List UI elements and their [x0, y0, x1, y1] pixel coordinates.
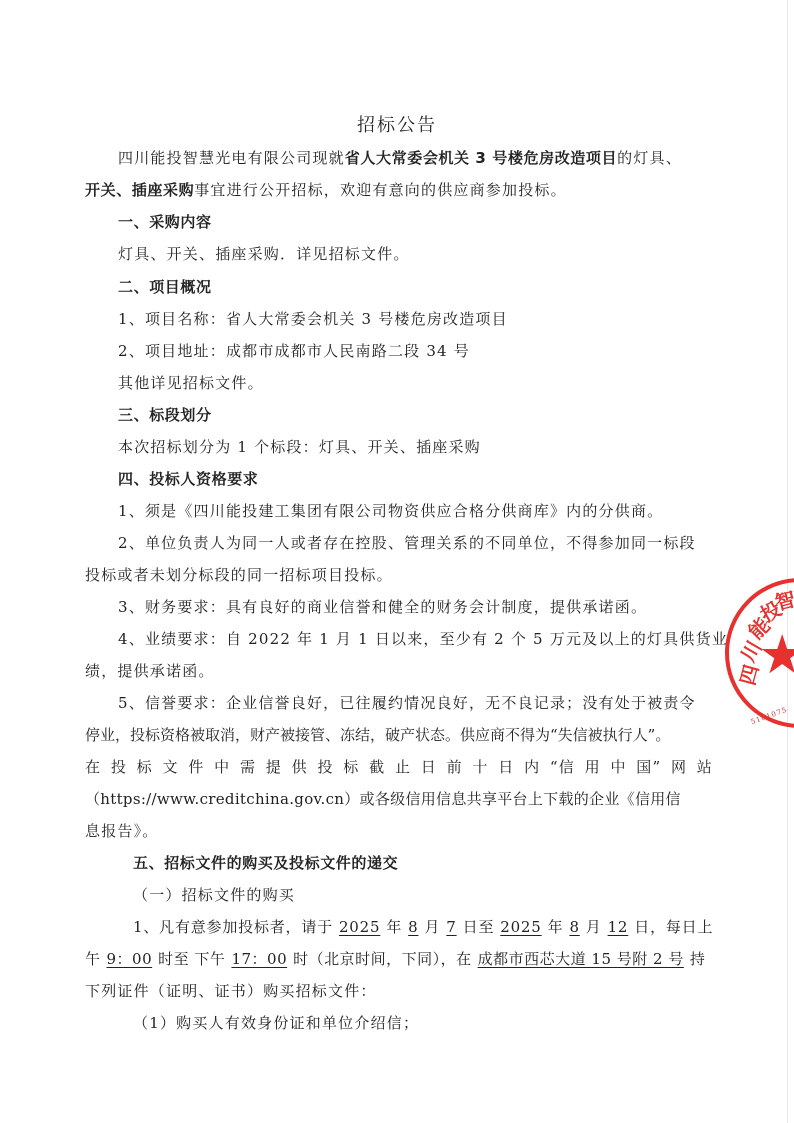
project-name-bold: 省人大常委会机关 3 号楼危房改造项目 — [345, 149, 617, 167]
intro-line-1: 四川能投智慧光电有限公司现就省人大常委会机关 3 号楼危房改造项目的灯具、 — [118, 148, 682, 168]
start-time: 9：00 — [101, 950, 159, 968]
qualification-4-line-2: 绩，提供承诺函。 — [85, 661, 215, 681]
qualification-5-line-3: 在投标文件中需提供投标截止日前十日内“信用中国”网站 — [85, 757, 713, 777]
section-heading-4: 四、投标人资格要求 — [118, 469, 258, 489]
subsection-purchase: （一）招标文件的购买 — [133, 885, 295, 905]
qualification-3: 3、财务要求：具有良好的商业信誉和健全的财务会计制度，提供承诺函。 — [118, 597, 647, 617]
qualification-1: 1、须是《四川能投建工集团有限公司物资供应合格分供商库》内的分供商。 — [118, 501, 663, 521]
document-page: 招标公告 四川能投智慧光电有限公司现就省人大常委会机关 3 号楼危房改造项目的灯… — [0, 0, 794, 1123]
section-heading-5: 五、招标文件的购买及投标文件的递交 — [133, 853, 398, 873]
project-address: 2、项目地址：成都市成都市人民南路二段 34 号 — [118, 341, 470, 361]
qualification-2-line-1: 2、单位负责人为同一人或者存在控股、管理关系的不同单位，不得参加同一标段 — [118, 533, 696, 553]
purchase-location: 成都市西芯大道 15 号附 2 号 — [472, 950, 690, 968]
purchase-requirement-1: （1）购买人有效身份证和单位介绍信； — [133, 1013, 419, 1033]
end-time: 17：00 — [225, 950, 293, 968]
qualification-5-line-2: 停业，投标资格被取消，财产被接管、冻结，破产状态。供应商不得为“失信被执行人”。 — [85, 725, 670, 745]
page-edge-divider — [787, 0, 788, 1123]
qualification-5-line-5: 息报告》。 — [85, 821, 159, 841]
start-day: 7 — [440, 918, 462, 936]
qualification-4-line-1: 4、业绩要求：自 2022 年 1 月 1 日以来，至少有 2 个 5 万元及以… — [118, 629, 728, 649]
qualification-2-line-2: 投标或者未划分标段的同一招标项目投标。 — [85, 565, 393, 585]
intro-line-2: 开关、插座采购事宜进行公开招标，欢迎有意向的供应商参加投标。 — [85, 180, 567, 200]
purchase-period-line-2: 午9：00时至 下午17：00时（北京时间，下同），在成都市西芯大道 15 号附… — [85, 949, 705, 969]
qualification-5-line-1: 5、信誉要求：企业信誉良好，已往履约情况良好，无不良记录；没有处于被责令 — [118, 693, 696, 713]
purchase-period-line-1: 1、凡有意参加投标者，请于2025年8月7日至2025年8月12日，每日上 — [133, 917, 713, 937]
intro-text: 事宜进行公开招标，欢迎有意向的供应商参加投标。 — [194, 181, 567, 199]
end-month: 8 — [563, 918, 585, 936]
seal-star-icon: ★ — [758, 628, 794, 682]
page-title: 招标公告 — [0, 111, 794, 137]
other-details-note: 其他详见招标文件。 — [118, 373, 264, 393]
end-year: 2025 — [494, 918, 547, 936]
purchase-period-line-3: 下列证件（证明、证书）购买招标文件： — [85, 981, 377, 1001]
section-1-body: 灯具、开关、插座采购．详见招标文件。 — [118, 244, 410, 264]
start-year: 2025 — [333, 918, 386, 936]
procurement-items-bold: 开关、插座采购 — [85, 181, 194, 199]
section-heading-2: 二、项目概况 — [118, 277, 212, 297]
lot-division: 本次招标划分为 1 个标段：灯具、开关、插座采购 — [118, 437, 481, 457]
section-heading-1: 一、采购内容 — [118, 212, 212, 232]
project-name: 1、项目名称：省人大常委会机关 3 号楼危房改造项目 — [118, 309, 508, 329]
intro-text: 的灯具、 — [617, 149, 682, 167]
start-month: 8 — [402, 918, 424, 936]
section-heading-3: 三、标段划分 — [118, 405, 212, 425]
credit-china-link-line: （https://www.creditchina.gov.cn）或各级信用信息共… — [85, 789, 681, 809]
end-day: 12 — [602, 918, 635, 936]
intro-text: 四川能投智慧光电有限公司现就 — [118, 149, 345, 167]
